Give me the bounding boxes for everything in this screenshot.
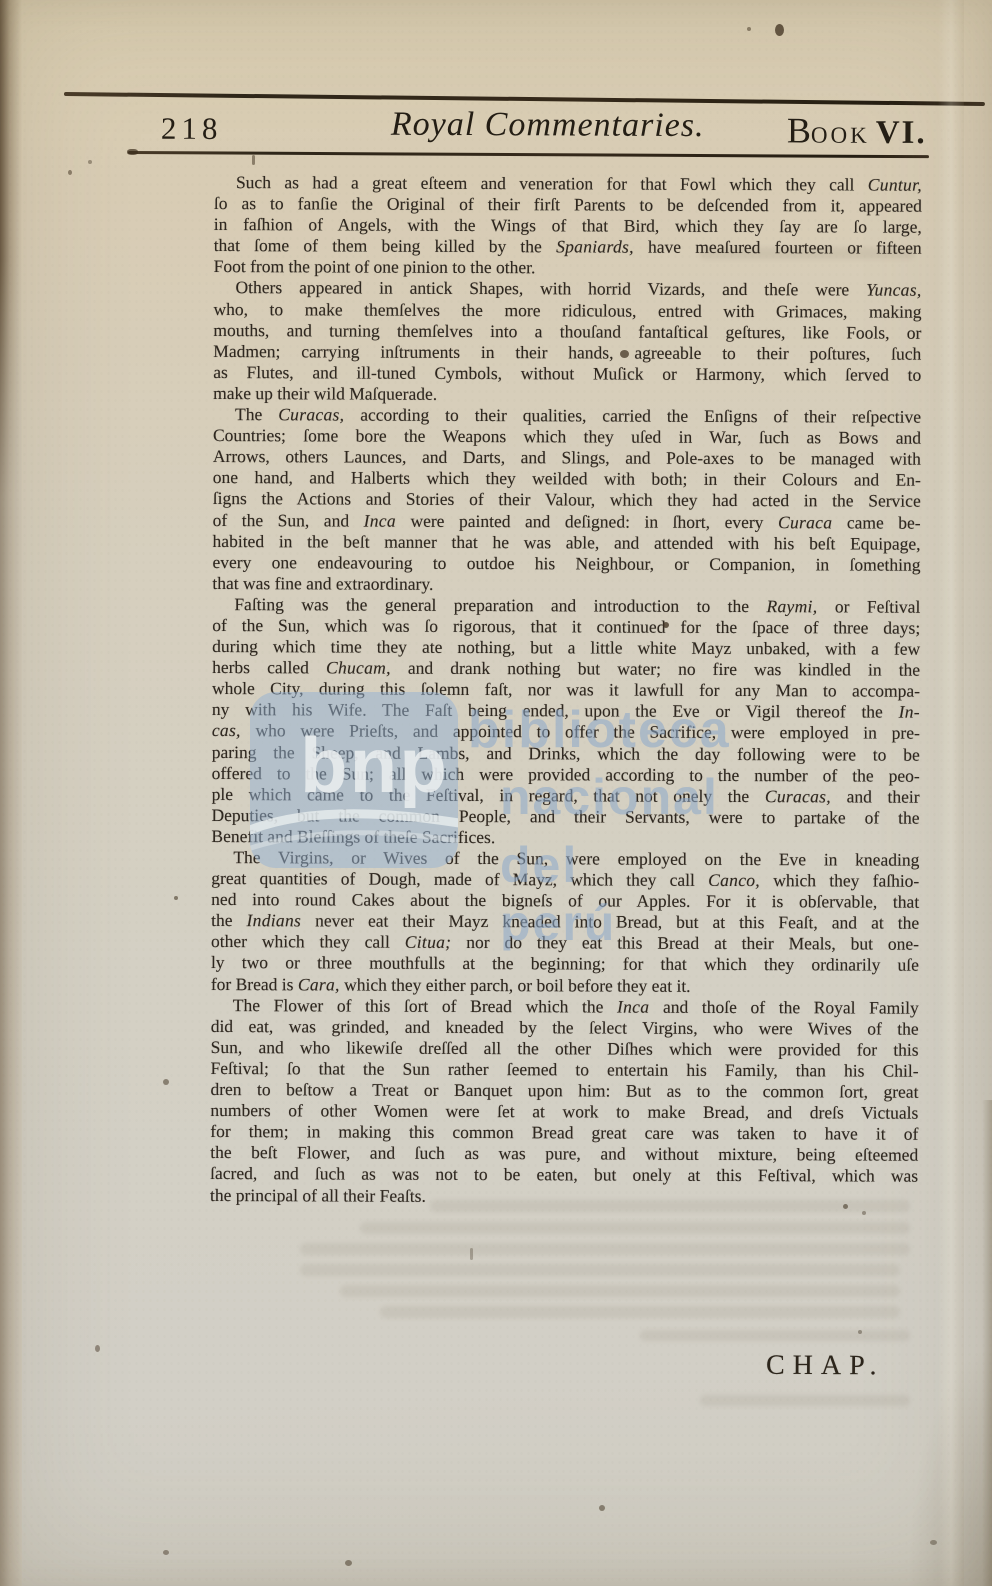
text-line: whole City, during this ſolemn faſt, nor… <box>212 678 920 702</box>
ink-speck <box>163 1079 169 1085</box>
text-line: Arrows, others Launces, and Darts, and S… <box>213 446 921 470</box>
ink-speck <box>470 1248 473 1260</box>
ink-speck <box>663 622 669 628</box>
text-line: the beſt Flower, and ſuch as was pure, a… <box>210 1142 918 1166</box>
book-heading: BOOKVI. <box>787 109 927 152</box>
text-line: one hand, and Halberts which they weilde… <box>213 467 921 491</box>
text-line: ſo as to fanſie the Original of their fi… <box>214 193 922 217</box>
text-line: who, to make themſelves the more ridicul… <box>213 299 921 323</box>
showthrough-line <box>300 1264 900 1276</box>
showthrough-line <box>340 1285 900 1297</box>
ink-speck <box>127 149 138 155</box>
text-line: ſacred, and ſuch as was not to be eaten,… <box>210 1163 918 1187</box>
catchword: CHAP. <box>766 1350 885 1383</box>
book-word-rest: OOK <box>811 123 870 148</box>
book-word-initial: B <box>787 110 811 150</box>
corner-shadow <box>872 1246 992 1586</box>
text-line: that was fine and extraordinary. <box>212 573 920 597</box>
text-line: make up their wild Maſquerade. <box>213 383 921 407</box>
text-line: habited in the beſt manner that he was a… <box>213 531 921 555</box>
text-line: other which they call Citua; nor do they… <box>211 931 919 955</box>
text-line: the principal of all their Feaſts. <box>210 1184 918 1208</box>
header-rule-top <box>64 92 985 105</box>
text-line: offered to the Sun; all which were provi… <box>212 763 920 787</box>
text-line: Such as had a great eſteem and veneratio… <box>214 172 922 196</box>
text-line: paring the Sheep, and Lambs, and Drinks,… <box>212 742 920 766</box>
ink-speck <box>95 1345 100 1352</box>
ink-speck <box>68 170 72 175</box>
showthrough-line <box>300 1243 910 1255</box>
binding-fade <box>0 260 22 1586</box>
text-line: cas, who were Prieſts, and appointed to … <box>212 720 920 744</box>
text-line: ple which came to the Feſtival, in regar… <box>212 784 920 808</box>
text-line: ny with his Wife. The Faſt being ended, … <box>212 699 920 723</box>
ink-speck <box>843 1204 848 1209</box>
text-line: Foot from the point of one pinion to the… <box>214 256 922 280</box>
text-line: herbs called Chucam, and drank nothing b… <box>212 657 920 681</box>
paragraph: The Flower of this ſort of Bread which t… <box>210 995 919 1209</box>
text-line: for Bread is Cara, which they either par… <box>211 974 919 998</box>
text-line: did eat, was grinded, and kneaded by the… <box>211 1016 919 1040</box>
text-line: great quantities of Dough, made of Mayz,… <box>211 868 919 892</box>
running-title: Royal Commentaries. <box>391 106 705 145</box>
ink-speck <box>345 1560 352 1566</box>
paragraph: The Curacas, according to their qualitie… <box>212 404 921 597</box>
text-line: of the Sun, and Inca were painted and de… <box>213 509 921 533</box>
paragraph: Such as had a great eſteem and veneratio… <box>214 172 922 280</box>
text-line: The Flower of this ſort of Bread which t… <box>211 995 919 1019</box>
showthrough-line <box>360 1222 910 1234</box>
ink-speck <box>252 155 255 165</box>
ink-speck <box>88 160 92 164</box>
page-header: 218 Royal Commentaries. BOOKVI. <box>0 104 992 156</box>
page-crease <box>938 0 964 1586</box>
ink-speck <box>747 27 751 31</box>
text-line: for them; in making this common Bread gr… <box>210 1121 918 1145</box>
ink-speck <box>862 1211 866 1215</box>
ink-speck <box>775 24 784 36</box>
text-line: of the Sun, which was ſo rigorous, that … <box>212 615 920 639</box>
page-edge-shadow <box>982 1100 992 1586</box>
text-line: The Curacas, according to their qualitie… <box>213 404 921 428</box>
text-line: Feſtival; ſo that the Sun rather ſeemed … <box>211 1058 919 1082</box>
body-text: Such as had a great eſteem and veneratio… <box>210 172 922 1208</box>
text-line: Madmen; carrying inſtruments in their ha… <box>213 341 921 365</box>
showthrough-line <box>380 1306 900 1318</box>
text-line: dren to beſtow a Treat or Banquet upon h… <box>210 1079 918 1103</box>
ink-speck <box>163 1550 169 1555</box>
ink-speck <box>930 1540 937 1545</box>
book-page: 218 Royal Commentaries. BOOKVI. Such as … <box>0 0 992 1586</box>
showthrough-line <box>700 1395 910 1406</box>
paragraph: Faſting was the general preparation and … <box>211 594 920 850</box>
ink-speck <box>174 896 178 900</box>
text-line: Faſting was the general preparation and … <box>212 594 920 618</box>
ink-speck <box>599 1505 605 1511</box>
text-line: numbers of other Women were ſet at work … <box>210 1100 918 1124</box>
text-line: in faſhion of Angels, with the Wings of … <box>214 214 922 238</box>
text-line: Deputies, but the common People, and the… <box>211 805 919 829</box>
text-line: The Virgins, or Wives of the Sun, were e… <box>211 847 919 871</box>
text-line: Countries; ſome bore the Weapons which t… <box>213 425 921 449</box>
book-numeral: VI. <box>876 115 927 151</box>
paragraph: The Virgins, or Wives of the Sun, were e… <box>211 847 920 997</box>
ink-speck <box>858 1330 862 1334</box>
text-line: mouths, and turning themſelves into a th… <box>213 320 921 344</box>
text-line: that ſome of them being killed by the Sp… <box>214 235 922 259</box>
ink-speck <box>620 350 629 358</box>
text-line: Sun, and who likewiſe dreſſed all the ot… <box>211 1037 919 1061</box>
paragraph: Others appeared in antick Shapes, with h… <box>213 277 921 406</box>
text-line: ſigns the Actions and Stories of their V… <box>213 488 921 512</box>
page-number: 218 <box>161 111 223 147</box>
text-line: as Flutes, and ill-tuned Cymbols, withou… <box>213 362 921 386</box>
text-line: the Indians never eat their Mayz kneaded… <box>211 910 919 934</box>
text-line: during which time they ate nothing, but … <box>212 636 920 660</box>
text-line: ly two or three mouthfulls at the beginn… <box>211 952 919 976</box>
text-line: Others appeared in antick Shapes, with h… <box>214 277 922 301</box>
text-line: every one endeavouring to outdoe his Nei… <box>212 552 920 576</box>
text-line: ned into round Cakes about the bigneſs o… <box>211 889 919 913</box>
showthrough-line <box>640 1330 910 1341</box>
text-line: Benefit and Bleſſings of theſe Sacrifice… <box>211 826 919 850</box>
